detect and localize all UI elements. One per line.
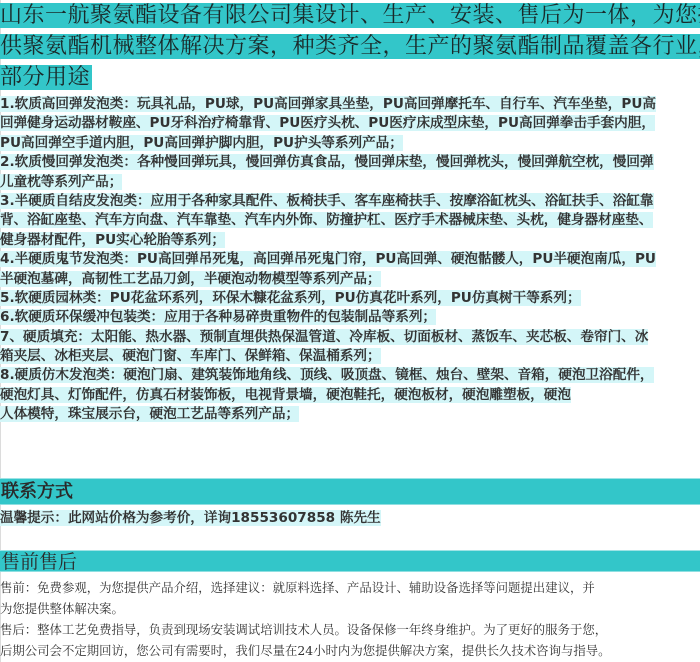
uses-row-text: 硬泡灯具、灯饰配件，仿真石材装饰板，电视背景墙，硬泡鞋托，硬泡板材，硬泡雕塑板，… — [0, 387, 571, 403]
service-row: 售后：整体工艺免费指导，负责到现场安装调试培训技术人员。设备保修一年终身维护。为… — [0, 619, 700, 640]
uses-row-text: PU高回弹空手道内胆，PU高回弹护脚内胆，PU护头等系列产品； — [0, 135, 403, 151]
uses-row-text: 健身器材配件，PU实心轮胎等系列； — [0, 232, 225, 248]
uses-row-text: 2.软质慢回弹发泡类：各种慢回弹玩具，慢回弹仿真食品，慢回弹床垫，慢回弹枕头，慢… — [0, 154, 654, 170]
uses-heading-text: 部分用途 — [0, 65, 92, 90]
service-title: 售前售后 — [0, 551, 700, 573]
uses-row-text: 3.半硬质自结皮发泡类：应用于各种家具配件、板椅扶手、客车座椅扶手、按摩浴缸枕头… — [0, 193, 654, 209]
uses-row-text: 背、浴缸座垫、汽车方向盘、汽车靠垫、汽车内外饰、防撞护杠、医疗手术器械床垫、头枕… — [0, 212, 653, 228]
service-section-header: 售前售后 — [0, 550, 700, 572]
uses-row-text: 8.硬质仿木发泡类：硬泡门扇、建筑装饰地角线、顶线、吸顶盘、镜框、烛台、壁架、音… — [0, 367, 654, 383]
uses-row: 1.软质高回弹发泡类：玩具礼品，PU球，PU高回弹家具坐垫，PU高回弹摩托车、自… — [0, 94, 700, 113]
uses-row-text: 4.半硬质鬼节发泡类：PU高回弹吊死鬼，高回弹吊死鬼门帘，PU高回弹、硬泡骷髅人… — [0, 251, 656, 267]
intro-line: 供聚氨酯机械整体解决方案，种类齐全，生产的聚氨酯制品覆盖各行业， — [0, 31, 700, 62]
uses-row: 2.软质慢回弹发泡类：各种慢回弹玩具，慢回弹仿真食品，慢回弹床垫，慢回弹枕头，慢… — [0, 152, 700, 171]
uses-row: PU高回弹空手道内胆，PU高回弹护脚内胆，PU护头等系列产品； — [0, 133, 700, 152]
uses-row: 7、硬质填充：太阳能、热水器、预制直埋供热保温管道、冷库板、切面板材、蒸饭车、夹… — [0, 327, 700, 346]
uses-row-text: 半硬泡墓碑，高韧性工艺品刀剑，半硬泡动物模型等系列产品； — [0, 271, 381, 287]
uses-row-text: 7、硬质填充：太阳能、热水器、预制直埋供热保温管道、冷库板、切面板材、蒸饭车、夹… — [0, 329, 648, 345]
uses-row: 回弹健身运动器材鞍座、PU牙科治疗椅靠背、PU医疗头枕、PU医疗床成型床垫，PU… — [0, 113, 700, 132]
uses-row-text: 箱夹层、冰柜夹层、硬泡门窗、车库门、保鲜箱、保温桶系列； — [0, 348, 381, 364]
uses-row-text: 回弹健身运动器材鞍座、PU牙科治疗椅靠背、PU医疗头枕、PU医疗床成型床垫，PU… — [0, 115, 655, 131]
uses-row: 人体模特，珠宝展示台，硬泡工艺品等系列产品； — [0, 404, 700, 423]
uses-row: 6.软硬质环保缓冲包装类：应用于各种易碎贵重物件的包装制品等系列； — [0, 307, 700, 326]
uses-row: 硬泡灯具、灯饰配件，仿真石材装饰板，电视背景墙，硬泡鞋托，硬泡板材，硬泡雕塑板，… — [0, 385, 700, 404]
uses-row-text: 儿童枕等系列产品； — [0, 174, 122, 190]
uses-row: 5.软硬质园林类：PU花盆环系列，环保木糠花盆系列，PU仿真花叶系列，PU仿真树… — [0, 288, 700, 307]
uses-row: 背、浴缸座垫、汽车方向盘、汽车靠垫、汽车内外饰、防撞护杠、医疗手术器械床垫、头枕… — [0, 210, 700, 229]
service-row: 为您提供整体解决案。 — [0, 598, 700, 619]
product-uses-list: 1.软质高回弹发泡类：玩具礼品，PU球，PU高回弹家具坐垫，PU高回弹摩托车、自… — [0, 94, 700, 424]
contact-tip-text: 温馨提示：此网站价格为参考价，详询18553607858 陈先生 — [0, 510, 381, 526]
contact-section-header: 联系方式 — [0, 478, 700, 505]
contact-title: 联系方式 — [0, 479, 700, 504]
uses-row-text: 1.软质高回弹发泡类：玩具礼品，PU球，PU高回弹家具坐垫，PU高回弹摩托车、自… — [0, 96, 656, 112]
uses-row: 半硬泡墓碑，高韧性工艺品刀剑，半硬泡动物模型等系列产品； — [0, 269, 700, 288]
uses-row-text: 6.软硬质环保缓冲包装类：应用于各种易碎贵重物件的包装制品等系列； — [0, 309, 436, 325]
uses-row: 箱夹层、冰柜夹层、硬泡门窗、车库门、保鲜箱、保温桶系列； — [0, 346, 700, 365]
service-description: 售前：免费参观，为您提供产品介绍，选择建议：就原料选择、产品设计、辅助设备选择等… — [0, 577, 700, 661]
uses-row: 4.半硬质鬼节发泡类：PU高回弹吊死鬼，高回弹吊死鬼门帘，PU高回弹、硬泡骷髅人… — [0, 249, 700, 268]
uses-row-text: 人体模特，珠宝展示台，硬泡工艺品等系列产品； — [0, 406, 299, 422]
contact-tip: 温馨提示：此网站价格为参考价，详询18553607858 陈先生 — [0, 510, 381, 526]
intro-line-text: 山东一航聚氨酯设备有限公司集设计、生产、安装、售后为一体，为您提 — [0, 3, 700, 28]
uses-row-text: 5.软硬质园林类：PU花盆环系列，环保木糠花盆系列，PU仿真花叶系列，PU仿真树… — [0, 290, 581, 306]
intro-line: 山东一航聚氨酯设备有限公司集设计、生产、安装、售后为一体，为您提 — [0, 0, 700, 31]
service-row: 售前：免费参观，为您提供产品介绍，选择建议：就原料选择、产品设计、辅助设备选择等… — [0, 577, 700, 598]
uses-row: 8.硬质仿木发泡类：硬泡门扇、建筑装饰地角线、顶线、吸顶盘、镜框、烛台、壁架、音… — [0, 365, 700, 384]
uses-row: 健身器材配件，PU实心轮胎等系列； — [0, 230, 700, 249]
uses-row: 儿童枕等系列产品； — [0, 172, 700, 191]
service-row: 后期公司会不定期回访，您公司有需要时，我们尽量在24小时内为您提供解决方案，提供… — [0, 640, 700, 661]
intro-line-text: 供聚氨酯机械整体解决方案，种类齐全，生产的聚氨酯制品覆盖各行业， — [0, 34, 700, 59]
uses-row: 3.半硬质自结皮发泡类：应用于各种家具配件、板椅扶手、客车座椅扶手、按摩浴缸枕头… — [0, 191, 700, 210]
company-intro: 山东一航聚氨酯设备有限公司集设计、生产、安装、售后为一体，为您提 供聚氨酯机械整… — [0, 0, 700, 93]
intro-heading-uses: 部分用途 — [0, 62, 700, 93]
